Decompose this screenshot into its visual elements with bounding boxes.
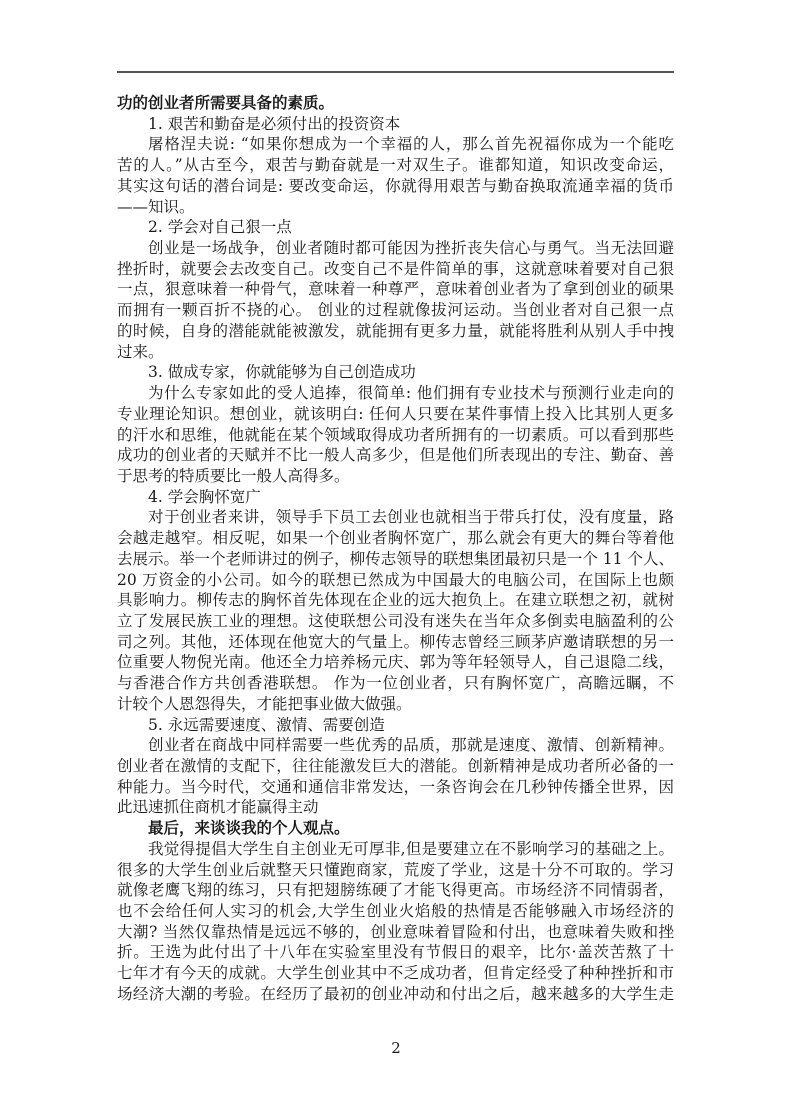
- text-line: 5. 永远需要速度、激情、需要创造: [117, 715, 674, 736]
- text-line: 为什么专家如此的受人追捧，很简单: 他们拥有专业技术与预测行业走向的: [117, 383, 674, 404]
- text-line: 就像老鹰飞翔的练习，只有把翅膀练硬了才能飞得更高。市场经济不同情弱者，: [117, 880, 674, 901]
- text-line: 4. 学会胸怀宽广: [117, 487, 674, 508]
- document-body: 功的创业者所需要具备的素质。1. 艰苦和勤奋是必须付出的投资资本屠格涅夫说: “…: [117, 93, 674, 1005]
- text-line: 苦的人。”从古至今，艰苦与勤奋就是一对双生子。谁都知道，知识改变命运，: [117, 155, 674, 176]
- text-line: 此迅速抓住商机才能赢得主动: [117, 797, 674, 818]
- page-number: 2: [0, 1038, 792, 1058]
- text-line: 20 万资金的小公司。如今的联想已然成为中国最大的电脑公司，在国际上也颇: [117, 570, 674, 591]
- text-line: 一点，狠意味着一种骨气，意味着一种尊严，意味着创业者为了拿到创业的硕果: [117, 279, 674, 300]
- text-line: 创业者在商战中同样需要一些优秀的品质，那就是速度、激情、创新精神。: [117, 735, 674, 756]
- text-line: 很多的大学生创业后就整天只懂跑商家，荒废了学业，这是十分不可取的。学习: [117, 860, 674, 881]
- text-line: 创业是一场战争，创业者随时都可能因为挫折丧失信心与勇气。当无法回避: [117, 238, 674, 259]
- text-line: 过来。: [117, 342, 674, 363]
- text-line: 于思考的特质要比一般人高得多。: [117, 466, 674, 487]
- text-line: 最后，来谈谈我的个人观点。: [117, 818, 674, 839]
- text-line: 我觉得提倡大学生自主创业无可厚非,但是要建立在不影响学习的基础之上。: [117, 839, 674, 860]
- text-line: 其实这句话的潜台词是: 要改变命运，你就得用艰苦与勤奋换取流通幸福的货币: [117, 176, 674, 197]
- text-line: 1. 艰苦和勤奋是必须付出的投资资本: [117, 114, 674, 135]
- text-line: 对于创业者来讲，领导手下员工去创业也就相当于带兵打仗，没有度量，路: [117, 507, 674, 528]
- text-line: 司之列。其他，还体现在他宽大的气量上。柳传志曾经三顾茅庐邀请联想的另一: [117, 632, 674, 653]
- text-line: 2. 学会对自己狠一点: [117, 217, 674, 238]
- text-line: 具影响力。柳传志的胸怀首先体现在企业的远大抱负上。在建立联想之初，就树: [117, 590, 674, 611]
- text-line: 也不会给任何人实习的机会,大学生创业火焰般的热情是否能够融入市场经济的: [117, 901, 674, 922]
- text-line: 成功的创业者的天赋并不比一般人高多少，但是他们所表现出的专注、勤奋、善: [117, 445, 674, 466]
- text-line: ——知识。: [117, 197, 674, 218]
- text-line: 大潮? 当然仅靠热情是远远不够的，创业意味着冒险和付出，也意味着失败和挫: [117, 922, 674, 943]
- text-line: 七年才有今天的成就。大学生创业其中不乏成功者，但肯定经受了种种挫折和市: [117, 963, 674, 984]
- text-line: 挫折时，就要会去改变自己。改变自己不是件简单的事，这就意味着要对自己狠: [117, 259, 674, 280]
- text-line: 屠格涅夫说: “如果你想成为一个幸福的人，那么首先祝福你成为一个能吃: [117, 134, 674, 155]
- text-line: 与香港合作方共创香港联想。 作为一位创业者，只有胸怀宽广，高瞻远瞩，不: [117, 673, 674, 694]
- text-line: 折。王选为此付出了十八年在实验室里没有节假日的艰辛，比尔·盖茨苦熬了十: [117, 942, 674, 963]
- header-rule: [117, 71, 674, 73]
- text-line: 创业者在激情的支配下，往往能激发巨大的潜能。创新精神是成功者所必备的一: [117, 756, 674, 777]
- text-line: 立了发展民族工业的理想。这使联想公司没有迷失在当年众多倒卖电脑盈利的公: [117, 611, 674, 632]
- text-line: 专业理论知识。想创业，就该明白: 任何人只要在某件事情上投入比其别人更多: [117, 404, 674, 425]
- text-line: 场经济大潮的考验。在经历了最初的创业冲动和付出之后，越来越多的大学生走: [117, 984, 674, 1005]
- text-line: 而拥有一颗百折不挠的心。 创业的过程就像拔河运动。当创业者对自己狠一点: [117, 300, 674, 321]
- text-line: 功的创业者所需要具备的素质。: [117, 93, 674, 114]
- text-line: 会越走越窄。相反呢，如果一个创业者胸怀宽广，那么就会有更大的舞台等着他: [117, 528, 674, 549]
- text-line: 计较个人恩怨得失，才能把事业做大做强。: [117, 694, 674, 715]
- text-line: 的时候，自身的潜能就能被激发，就能拥有更多力量，就能将胜利从别人手中拽: [117, 321, 674, 342]
- text-line: 种能力。当今时代，交通和通信非常发达，一条咨询会在几秒钟传播全世界，因: [117, 777, 674, 798]
- text-line: 的汗水和思维，他就能在某个领域取得成功者所拥有的一切素质。可以看到那些: [117, 425, 674, 446]
- text-line: 去展示。举一个老师讲过的例子，柳传志领导的联想集团最初只是一个 11 个人、: [117, 549, 674, 570]
- text-line: 位重要人物倪光南。他还全力培养杨元庆、郭为等年轻领导人，自己退隐二线，: [117, 652, 674, 673]
- text-line: 3. 做成专家，你就能够为自己创造成功: [117, 362, 674, 383]
- document-page: 功的创业者所需要具备的素质。1. 艰苦和勤奋是必须付出的投资资本屠格涅夫说: “…: [0, 0, 792, 1120]
